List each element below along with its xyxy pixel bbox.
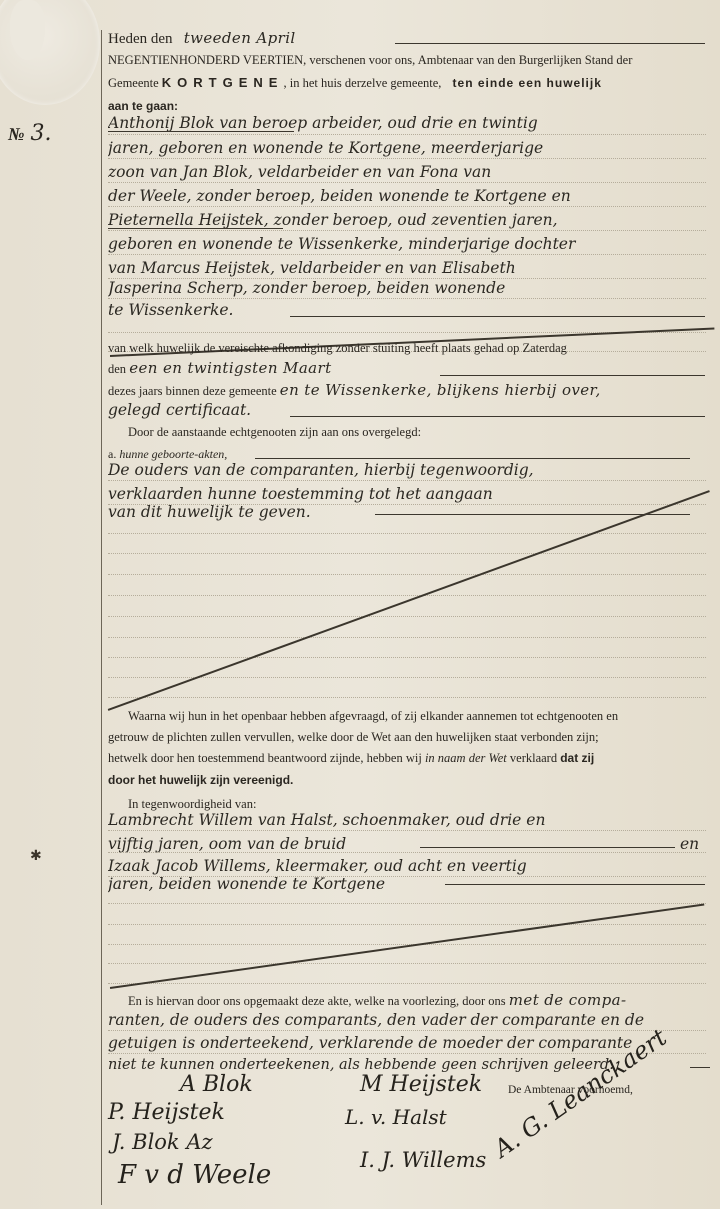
number-sign: № bbox=[8, 124, 24, 144]
witnesses-line-2: vijftig jaren, oom van de bruid bbox=[108, 834, 706, 854]
parties-line-3: zoon van Jan Blok, veldarbeider en van F… bbox=[108, 162, 706, 182]
header-year-line: NEGENTIENHONDERD VEERTIEN, verschenen vo… bbox=[108, 52, 706, 68]
date-handwritten: tweeden April bbox=[184, 29, 296, 47]
item-a-label: a. bbox=[108, 447, 116, 461]
fill-line bbox=[290, 416, 705, 417]
parties-line-5: Pieternella Heijstek, zonder beroep, oud… bbox=[108, 210, 706, 230]
documents-line-3: van dit huwelijk te geven. bbox=[108, 502, 706, 522]
declaration-3b: verklaard bbox=[510, 751, 557, 765]
dotted-rule bbox=[108, 134, 706, 135]
dotted-rule bbox=[108, 903, 706, 904]
header-date-line: Heden den tweeden April bbox=[108, 30, 706, 47]
dotted-rule bbox=[108, 830, 706, 831]
signature-witness-1: L. v. Halst bbox=[345, 1105, 447, 1129]
witnesses-line-2-tail: en bbox=[680, 834, 710, 854]
proclamation-line-3: dezes jaars binnen deze gemeente en te W… bbox=[108, 382, 706, 399]
closing-printed: En is hiervan door ons opgemaakt deze ak… bbox=[128, 994, 506, 1008]
signature-groom: A Blok bbox=[180, 1072, 253, 1097]
dotted-rule bbox=[108, 983, 706, 984]
dotted-rule bbox=[108, 553, 706, 554]
proclamation-date: een en twintigsten Maart bbox=[129, 359, 331, 377]
parties-line-2: jaren, geboren en wonende te Kortgene, m… bbox=[108, 138, 706, 158]
gemeente-label: Gemeente bbox=[108, 76, 159, 90]
dotted-rule bbox=[108, 206, 706, 207]
dotted-rule bbox=[108, 1030, 706, 1031]
heden-den-label: Heden den bbox=[108, 31, 173, 47]
crown-crest-icon bbox=[10, 0, 45, 60]
fill-line bbox=[445, 884, 705, 885]
groom-underline bbox=[108, 131, 294, 132]
dotted-rule bbox=[108, 533, 706, 534]
documents-line-1: De ouders van de comparanten, hierbij te… bbox=[108, 460, 706, 480]
parties-line-1: Anthonij Blok van beroep arbeider, oud d… bbox=[108, 113, 706, 133]
signature-bride-father: M Heijstek bbox=[360, 1072, 482, 1097]
margin-rule bbox=[101, 30, 102, 1205]
declaration-4-bold: door het huwelijk zijn vereenigd. bbox=[108, 773, 293, 787]
parties-line-4: der Weele, zonder beroep, beiden wonende… bbox=[108, 186, 706, 206]
item-a-text: hunne geboorte-akten, bbox=[119, 447, 227, 461]
parties-line-9: te Wissenkerke. bbox=[108, 300, 706, 320]
act-number: №3. bbox=[8, 120, 51, 146]
proclamation-printed-2: dezes jaars binnen deze gemeente bbox=[108, 384, 277, 398]
signature-groom-father: J. Blok Az bbox=[112, 1130, 213, 1154]
proclamation-line-4: gelegd certificaat. bbox=[108, 400, 706, 420]
gemeente-rest: , in het huis derzelve gemeente, bbox=[283, 76, 441, 90]
dotted-rule bbox=[108, 480, 706, 481]
fill-line bbox=[290, 316, 705, 317]
dotted-rule bbox=[108, 574, 706, 575]
witnesses-line-3: Izaak Jacob Willems, kleermaker, oud ach… bbox=[108, 856, 706, 876]
declaration-3-italic: in naam der Wet bbox=[425, 751, 507, 765]
signature-groom-mother: F v d Weele bbox=[118, 1160, 271, 1190]
header-gemeente-line: Gemeente KORTGENE, in het huis derzelve … bbox=[108, 75, 706, 91]
margin-mark-icon: ✱ bbox=[30, 848, 42, 865]
proclamation-line-1: van welk huwelijk de vereischte afkondig… bbox=[108, 340, 706, 356]
dotted-rule bbox=[108, 657, 706, 658]
parties-line-6: geboren en wonende te Wissenkerke, minde… bbox=[108, 234, 706, 254]
header-purpose-line: aan te gaan: bbox=[108, 98, 706, 114]
act-number-value: 3. bbox=[30, 121, 51, 146]
dotted-rule bbox=[108, 182, 706, 183]
proclamation-hand-2: en te Wissenkerke, blijkens hierbij over… bbox=[280, 381, 601, 399]
dotted-rule bbox=[108, 595, 706, 596]
declaration-line-1: Waarna wij hun in het openbaar hebben af… bbox=[128, 708, 706, 724]
den-label: den bbox=[108, 362, 126, 376]
dotted-rule bbox=[108, 158, 706, 159]
dotted-rule bbox=[108, 298, 706, 299]
signature-bride: P. Heijstek bbox=[108, 1100, 225, 1125]
declaration-3a: hetwelk door hen toestemmend beantwoord … bbox=[108, 751, 422, 765]
parties-line-7: van Marcus Heijstek, veldarbeider en van… bbox=[108, 258, 706, 278]
gemeente-name: KORTGENE bbox=[162, 75, 284, 90]
witnesses-line-1: Lambrecht Willem van Halst, schoenmaker,… bbox=[108, 810, 706, 830]
dotted-rule bbox=[108, 963, 706, 964]
purpose-bold: ten einde een huwelijk bbox=[453, 76, 602, 90]
dotted-rule bbox=[108, 230, 706, 231]
witnesses-line-2-text: vijftig jaren, oom van de bruid bbox=[108, 835, 346, 853]
dotted-rule bbox=[108, 254, 706, 255]
underline bbox=[395, 43, 705, 44]
declaration-3-bold: dat zij bbox=[560, 751, 594, 765]
dotted-rule bbox=[108, 697, 706, 698]
embossed-seal bbox=[0, 0, 100, 105]
dotted-rule bbox=[108, 852, 706, 853]
documents-line-2: verklaarden hunne toestemming tot het aa… bbox=[108, 484, 706, 504]
fill-line bbox=[440, 375, 705, 376]
dotted-rule bbox=[108, 616, 706, 617]
documents-intro: Door de aanstaande echtgenooten zijn aan… bbox=[128, 424, 720, 440]
fill-line bbox=[690, 1067, 710, 1068]
parties-line-8: Jasperina Scherp, zonder beroep, beiden … bbox=[108, 278, 706, 298]
declaration-line-4: door het huwelijk zijn vereenigd. bbox=[108, 772, 706, 788]
closing-line-1: En is hiervan door ons opgemaakt deze ak… bbox=[128, 992, 706, 1009]
signature-witness-2: I. J. Willems bbox=[360, 1148, 486, 1172]
closing-hand-1: met de compa- bbox=[509, 991, 627, 1009]
dotted-rule bbox=[108, 924, 706, 925]
strike-through-line bbox=[110, 904, 704, 989]
closing-line-2: ranten, de ouders des comparants, den va… bbox=[108, 1010, 706, 1030]
declaration-line-3: hetwelk door hen toestemmend beantwoord … bbox=[108, 750, 706, 766]
document-page: №3. ✱ Heden den tweeden April NEGENTIENH… bbox=[0, 0, 720, 1209]
bride-underline bbox=[108, 228, 283, 229]
fill-line bbox=[420, 847, 675, 848]
dotted-rule bbox=[108, 637, 706, 638]
purpose-bold-2: aan te gaan: bbox=[108, 99, 178, 113]
fill-line bbox=[255, 458, 690, 459]
declaration-line-2: getrouw de plichten zullen vervullen, we… bbox=[108, 729, 706, 745]
